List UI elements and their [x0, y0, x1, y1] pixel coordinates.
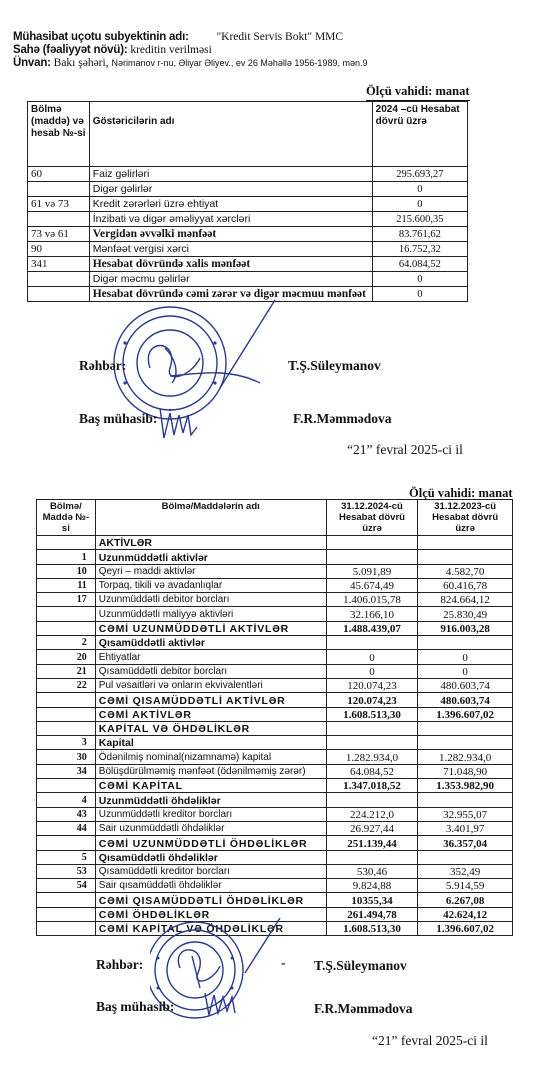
row-value-2023: [418, 636, 513, 650]
row-value-2024: 1.608.513,30: [326, 707, 418, 721]
table-row: CƏMİ ÖHDƏLİKLƏR261.494,7842.624,12: [37, 907, 513, 921]
row-code: [37, 907, 96, 921]
row-name: AKTİVLƏR: [95, 536, 326, 550]
row-code: [37, 779, 96, 793]
row-code: 20: [37, 650, 96, 664]
table-row: 5Qısamüddətli öhdəliklər: [37, 850, 513, 864]
table-row: 1Uzunmüddətli aktivlər: [37, 550, 513, 564]
row-name: Uzunmüddətli öhdəliklər: [95, 793, 326, 807]
row-code: [37, 621, 96, 635]
row-value-2023: 916.003,28: [418, 621, 513, 635]
row-name: CƏMİ UZUNMÜDDƏTLİ ÖHDƏLİKLƏR: [95, 836, 326, 850]
row-code: 22: [37, 678, 96, 692]
row-name: Qısamüddətli aktivlər: [95, 636, 326, 650]
sector-value: kreditin verilməsi: [130, 44, 211, 56]
row-code: 43: [37, 807, 96, 821]
signature-date-1: “21” fevral 2025-ci il: [347, 442, 463, 458]
table-row: 61 və 73Kredit zərərləri üzrə ehtiyat0: [28, 197, 468, 212]
table-header-row: Bölmə/ Maddə №-si Bölmə/Maddələrin adı 3…: [37, 500, 513, 536]
row-code: 34: [37, 764, 96, 778]
row-code: 44: [37, 821, 96, 835]
table-row: 10Qeyri – maddi aktivlər5.091,894.582,70: [37, 564, 513, 578]
column-header-2024: 31.12.2024-cü Hesabat dövrü üzrə: [326, 500, 418, 536]
row-value-2024: 83.761,62: [372, 227, 467, 242]
row-value-2024: 120.074,23: [326, 678, 418, 692]
row-value-2024: [326, 536, 418, 550]
row-name: Uzunmüddətli aktivlər: [95, 550, 326, 564]
column-header-name: Göstəricilərin adı: [89, 102, 372, 167]
table-row: 3Kapital: [37, 736, 513, 750]
row-value-2024: 64.084,52: [372, 257, 467, 272]
column-header-2024: 2024 –cü Hesabat dövrü üzrə: [372, 102, 467, 167]
director-name-2: T.Ş.Süleymanov: [314, 958, 407, 974]
entity-value: "Kredit Servis Bokt" MMC: [216, 31, 343, 43]
row-name: Kredit zərərləri üzrə ehtiyat: [89, 197, 372, 212]
row-value-2024: 9.824,88: [326, 879, 418, 893]
row-value-2024: 10355,34: [326, 893, 418, 907]
accountant-label-1: Baş mühasib:: [79, 411, 157, 427]
row-name: Mənfəət vergisi xərci: [89, 242, 372, 257]
row-value-2023: 352,49: [418, 864, 513, 878]
row-code: [37, 922, 96, 936]
row-code: 1: [37, 550, 96, 564]
row-value-2024: 0: [326, 664, 418, 678]
row-code: [28, 182, 90, 197]
row-value-2024: 1.406.015,78: [326, 593, 418, 607]
row-name: İnzibati və digər əməliyyat xərcləri: [89, 212, 372, 227]
signature-date-2: “21” fevral 2025-ci il: [372, 1033, 488, 1049]
row-value-2024: [326, 736, 418, 750]
row-value-2023: [418, 550, 513, 564]
row-name: CƏMİ AKTİVLƏR: [95, 707, 326, 721]
row-value-2024: 120.074,23: [326, 693, 418, 707]
column-header-code: Bölmə (maddə) və hesab №-si: [28, 102, 90, 167]
table-row: CƏMİ UZUNMÜDDƏTLİ ÖHDƏLİKLƏR251.139,4436…: [37, 836, 513, 850]
row-value-2024: 224.212,0: [326, 807, 418, 821]
row-value-2023: 1.282.934,0: [418, 750, 513, 764]
table-row: 11Torpaq, tikili və avadanlıqlar45.674,4…: [37, 578, 513, 592]
row-value-2023: 1.353.982,90: [418, 779, 513, 793]
column-header-name: Bölmə/Maddələrin adı: [95, 500, 326, 536]
table-row: 53Qısamüddətli kreditor borcları530,4635…: [37, 864, 513, 878]
row-name: Digər gəlirlər: [89, 182, 372, 197]
row-name: Sair qısamüddətli öhdəliklər: [95, 879, 326, 893]
row-value-2024: 530,46: [326, 864, 418, 878]
row-name: Bölüşdürülməmiş mənfəət (ödənilməmiş zər…: [95, 764, 326, 778]
row-value-2023: 32.955,07: [418, 807, 513, 821]
row-code: [28, 212, 90, 227]
table-row: CƏMİ AKTİVLƏR1.608.513,301.396.607,02: [37, 707, 513, 721]
row-value-2023: 71.048,90: [418, 764, 513, 778]
address-line: Ünvan: Bakı şəhəri, Nərimanov r-nu, Əliy…: [13, 57, 367, 70]
row-value-2023: 0: [418, 650, 513, 664]
row-name: Uzunmüddətli kreditor borcları: [95, 807, 326, 821]
column-header-code: Bölmə/ Maddə №-si: [37, 500, 96, 536]
table-row: CƏMİ QISAMÜDDƏTLİ AKTİVLƏR120.074,23480.…: [37, 693, 513, 707]
row-value-2023: 480.603,74: [418, 693, 513, 707]
row-name: Ehtiyatlar: [95, 650, 326, 664]
row-value-2024: 0: [372, 197, 467, 212]
income-statement-table: Bölmə (maddə) və hesab №-si Göstəricilər…: [27, 101, 468, 302]
row-value-2024: 0: [372, 182, 467, 197]
row-name: Uzunmüddətli debitor borcları: [95, 593, 326, 607]
row-name: CƏMİ QISAMÜDDƏTLİ ÖHDƏLİKLƏR: [95, 893, 326, 907]
row-value-2024: 0: [326, 650, 418, 664]
director-label-2: Rəhbər:: [96, 957, 143, 973]
row-value-2023: 60.416,78: [418, 578, 513, 592]
row-code: 4: [37, 793, 96, 807]
row-name: Qısamüddətli debitor borcları: [95, 664, 326, 678]
table-row: 34Bölüşdürülməmiş mənfəət (ödənilməmiş z…: [37, 764, 513, 778]
row-value-2024: 261.494,78: [326, 907, 418, 921]
row-value-2024: 16.752,32: [372, 242, 467, 257]
row-code: 5: [37, 850, 96, 864]
row-value-2023: 1.396.607,02: [418, 922, 513, 936]
table-row: Digər məcmu gəlirlər0: [28, 272, 468, 287]
row-value-2024: 295.693,27: [372, 167, 467, 182]
row-code: 3: [37, 736, 96, 750]
table-row: Digər gəlirlər0: [28, 182, 468, 197]
row-value-2024: 1.347.018,52: [326, 779, 418, 793]
table-row: 22Pul vəsaitləri və onların ekvivalentlə…: [37, 678, 513, 692]
row-value-2024: 64.084,52: [326, 764, 418, 778]
signature-dash: -: [281, 955, 286, 971]
table-row: 54Sair qısamüddətli öhdəliklər9.824,885.…: [37, 879, 513, 893]
row-name: Vergidən əvvəlki mənfəət: [89, 227, 372, 242]
table-row: 44Sair uzunmüddətli öhdəliklər26.927,443…: [37, 821, 513, 835]
row-code: [37, 607, 96, 621]
row-value-2023: 480.603,74: [418, 678, 513, 692]
row-name: KAPİTAL VƏ ÖHDƏLİKLƏR: [95, 721, 326, 735]
table-row: 341Hesabat dövründə xalis mənfəət64.084,…: [28, 257, 468, 272]
row-value-2023: 4.582,70: [418, 564, 513, 578]
table-row: 43Uzunmüddətli kreditor borcları224.212,…: [37, 807, 513, 821]
row-value-2024: 0: [372, 287, 467, 302]
row-code: [28, 287, 90, 302]
row-name: Qeyri – maddi aktivlər: [95, 564, 326, 578]
row-code: 30: [37, 750, 96, 764]
table-row: 21Qısamüddətli debitor borcları00: [37, 664, 513, 678]
row-name: CƏMİ ÖHDƏLİKLƏR: [95, 907, 326, 921]
row-value-2023: 0: [418, 664, 513, 678]
row-name: Faiz gəlirləri: [89, 167, 372, 182]
row-code: 2: [37, 636, 96, 650]
row-value-2024: [326, 793, 418, 807]
row-value-2023: [418, 736, 513, 750]
sector-label: Sahə (fəaliyyət növü):: [13, 44, 127, 56]
table-row: Uzunmüddətli maliyyə aktivləri32.166,102…: [37, 607, 513, 621]
row-value-2023: 824.664,12: [418, 593, 513, 607]
table-row: 90Mənfəət vergisi xərci16.752,32: [28, 242, 468, 257]
table-row: CƏMİ KAPİTAL1.347.018,521.353.982,90: [37, 779, 513, 793]
address-city: Bakı şəhəri,: [54, 57, 109, 69]
row-value-2024: [326, 636, 418, 650]
row-value-2024: 45.674,49: [326, 578, 418, 592]
row-code: [37, 707, 96, 721]
director-name-1: T.Ş.Süleymanov: [288, 358, 381, 374]
row-code: 73 və 61: [28, 227, 90, 242]
table-row: 4Uzunmüddətli öhdəliklər: [37, 793, 513, 807]
unit-label-1: Ölçü vahidi: manat: [366, 84, 470, 101]
row-name: CƏMİ UZUNMÜDDƏTLİ AKTİVLƏR: [95, 621, 326, 635]
row-code: 10: [37, 564, 96, 578]
row-code: 90: [28, 242, 90, 257]
accountant-label-2: Baş mühasib:: [96, 999, 174, 1015]
row-code: [37, 836, 96, 850]
table-row: CƏMİ KAPİTAL VƏ ÖHDƏLİKLƏR1.608.513,301.…: [37, 922, 513, 936]
entity-line: Mühasibat uçotu subyektinin adı: "Kredit…: [13, 31, 343, 44]
row-value-2024: [326, 850, 418, 864]
row-code: [37, 536, 96, 550]
accountant-name-2: F.R.Məmmədova: [314, 1001, 412, 1017]
director-label-1: Rəhbər:: [79, 358, 126, 374]
row-value-2023: [418, 536, 513, 550]
row-code: 21: [37, 664, 96, 678]
row-value-2024: 215.600,35: [372, 212, 467, 227]
row-value-2023: 6.267,08: [418, 893, 513, 907]
row-code: 61 və 73: [28, 197, 90, 212]
entity-label: Mühasibat uçotu subyektinin adı:: [13, 31, 189, 43]
row-value-2023: [418, 793, 513, 807]
row-name: Ödənilmiş nominal(nizamnamə) kapital: [95, 750, 326, 764]
row-value-2023: 1.396.607,02: [418, 707, 513, 721]
row-value-2023: [418, 850, 513, 864]
table-header-row: Bölmə (maddə) və hesab №-si Göstəricilər…: [28, 102, 468, 167]
table-row: CƏMİ UZUNMÜDDƏTLİ AKTİVLƏR1.488.439,0791…: [37, 621, 513, 635]
row-value-2023: 5.914,59: [418, 879, 513, 893]
row-name: Sair uzunmüddətli öhdəliklər: [95, 821, 326, 835]
table-row: CƏMİ QISAMÜDDƏTLİ ÖHDƏLİKLƏR10355,346.26…: [37, 893, 513, 907]
row-name: Hesabat dövründə cəmi zərər və digər məc…: [89, 287, 372, 302]
row-value-2023: 42.624,12: [418, 907, 513, 921]
row-name: Kapital: [95, 736, 326, 750]
row-code: 54: [37, 879, 96, 893]
row-value-2023: [418, 721, 513, 735]
row-name: CƏMİ KAPİTAL VƏ ÖHDƏLİKLƏR: [95, 922, 326, 936]
row-name: Digər məcmu gəlirlər: [89, 272, 372, 287]
address-label: Ünvan:: [13, 57, 51, 69]
row-code: 60: [28, 167, 90, 182]
row-name: CƏMİ QISAMÜDDƏTLİ AKTİVLƏR: [95, 693, 326, 707]
row-value-2023: 25.830,49: [418, 607, 513, 621]
row-name: Qısamüddətli öhdəliklər: [95, 850, 326, 864]
row-name: Pul vəsaitləri və onların ekvivalentləri: [95, 678, 326, 692]
row-value-2024: 5.091,89: [326, 564, 418, 578]
table-row: 73 və 61Vergidən əvvəlki mənfəət83.761,6…: [28, 227, 468, 242]
row-name: Torpaq, tikili və avadanlıqlar: [95, 578, 326, 592]
sector-line: Sahə (fəaliyyət növü): kreditin verilməs…: [13, 44, 212, 57]
row-name: CƏMİ KAPİTAL: [95, 779, 326, 793]
row-value-2024: 1.488.439,07: [326, 621, 418, 635]
table-row: KAPİTAL VƏ ÖHDƏLİKLƏR: [37, 721, 513, 735]
table-row: 17Uzunmüddətli debitor borcları1.406.015…: [37, 593, 513, 607]
row-code: 17: [37, 593, 96, 607]
row-value-2024: 32.166,10: [326, 607, 418, 621]
row-code: 53: [37, 864, 96, 878]
accountant-name-1: F.R.Məmmədova: [293, 411, 391, 427]
row-name: Qısamüddətli kreditor borcları: [95, 864, 326, 878]
row-code: [37, 693, 96, 707]
row-value-2024: 26.927,44: [326, 821, 418, 835]
row-value-2024: 1.608.513,30: [326, 922, 418, 936]
table-row: AKTİVLƏR: [37, 536, 513, 550]
table-row: 2Qısamüddətli aktivlər: [37, 636, 513, 650]
row-value-2024: 0: [372, 272, 467, 287]
row-value-2024: [326, 721, 418, 735]
row-value-2024: 251.139,44: [326, 836, 418, 850]
row-code: [37, 721, 96, 735]
table-row: Hesabat dövründə cəmi zərər və digər məc…: [28, 287, 468, 302]
row-value-2024: [326, 550, 418, 564]
row-code: [28, 272, 90, 287]
row-code: 341: [28, 257, 90, 272]
row-value-2024: 1.282.934,0: [326, 750, 418, 764]
table-row: 30Ödənilmiş nominal(nizamnamə) kapital1.…: [37, 750, 513, 764]
balance-sheet-table: Bölmə/ Maddə №-si Bölmə/Maddələrin adı 3…: [36, 499, 513, 936]
row-name: Uzunmüddətli maliyyə aktivləri: [95, 607, 326, 621]
row-code: 11: [37, 578, 96, 592]
table-row: 60Faiz gəlirləri295.693,27: [28, 167, 468, 182]
row-name: Hesabat dövründə xalis mənfəət: [89, 257, 372, 272]
row-code: [37, 893, 96, 907]
address-rest: Nərimanov r-nu, Əliyar Əliyev., ev 26 Mə…: [111, 58, 367, 68]
row-value-2023: 3.401,97: [418, 821, 513, 835]
table-row: 20Ehtiyatlar00: [37, 650, 513, 664]
row-value-2023: 36.357,04: [418, 836, 513, 850]
column-header-2023: 31.12.2023-cü Hesabat dövrü üzrə: [418, 500, 513, 536]
table-row: İnzibati və digər əməliyyat xərcləri215.…: [28, 212, 468, 227]
